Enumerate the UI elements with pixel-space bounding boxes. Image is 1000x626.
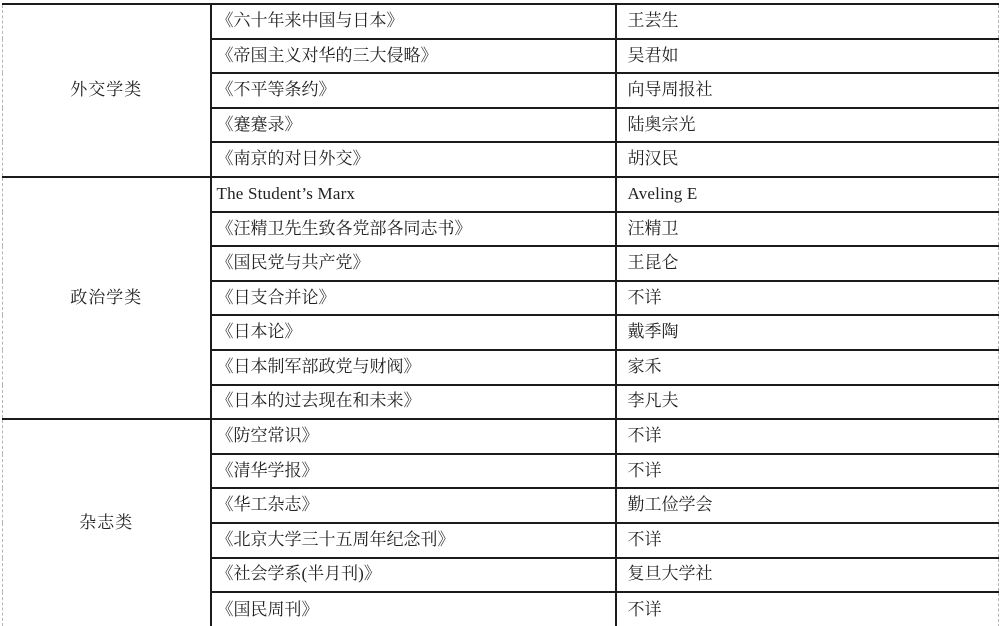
author-cell: 勤工俭学会: [616, 488, 999, 523]
table-row: 杂志类 《防空常识》 不详: [3, 419, 999, 454]
title-cell: 《蹇蹇录》: [211, 108, 616, 143]
author-cell: Aveling E: [616, 177, 999, 212]
title-cell: 《华工杂志》: [211, 488, 616, 523]
title-cell: 《汪精卫先生致各党部各同志书》: [211, 212, 616, 247]
author-cell: 向导周报社: [616, 73, 999, 108]
title-cell: 《北京大学三十五周年纪念刊》: [211, 523, 616, 558]
author-cell: 戴季陶: [616, 315, 999, 350]
author-cell: 不详: [616, 419, 999, 454]
table-row: 政治学类 The Student’s Marx Aveling E: [3, 177, 999, 212]
author-cell: 不详: [616, 454, 999, 489]
title-cell: 《南京的对日外交》: [211, 142, 616, 177]
title-cell: 《日本的过去现在和未来》: [211, 385, 616, 420]
title-cell: 《六十年来中国与日本》: [211, 4, 616, 39]
author-cell: 家禾: [616, 350, 999, 385]
document-page: 外交学类 《六十年来中国与日本》 王芸生 《帝国主义对华的三大侵略》 吴君如 《…: [0, 0, 1000, 626]
title-cell: 《日本论》: [211, 315, 616, 350]
author-cell: 不详: [616, 281, 999, 316]
title-cell: 《日本制军部政党与财阀》: [211, 350, 616, 385]
bibliography-table: 外交学类 《六十年来中国与日本》 王芸生 《帝国主义对华的三大侵略》 吴君如 《…: [2, 3, 999, 626]
title-cell: 《国民周刊》: [211, 592, 616, 626]
author-cell: 汪精卫: [616, 212, 999, 247]
title-cell: The Student’s Marx: [211, 177, 616, 212]
author-cell: 陆奥宗光: [616, 108, 999, 143]
title-cell: 《清华学报》: [211, 454, 616, 489]
category-cell: 杂志类: [3, 419, 211, 626]
title-cell: 《国民党与共产党》: [211, 246, 616, 281]
author-cell: 胡汉民: [616, 142, 999, 177]
author-cell: 吴君如: [616, 39, 999, 74]
title-cell: 《社会学系(半月刊)》: [211, 558, 616, 593]
author-cell: 王昆仑: [616, 246, 999, 281]
title-cell: 《防空常识》: [211, 419, 616, 454]
table-row: 外交学类 《六十年来中国与日本》 王芸生: [3, 4, 999, 39]
author-cell: 李凡夫: [616, 385, 999, 420]
author-cell: 不详: [616, 592, 999, 626]
author-cell: 王芸生: [616, 4, 999, 39]
title-cell: 《日支合并论》: [211, 281, 616, 316]
author-cell: 复旦大学社: [616, 558, 999, 593]
author-cell: 不详: [616, 523, 999, 558]
title-cell: 《不平等条约》: [211, 73, 616, 108]
category-cell: 外交学类: [3, 4, 211, 177]
title-cell: 《帝国主义对华的三大侵略》: [211, 39, 616, 74]
category-cell: 政治学类: [3, 177, 211, 419]
